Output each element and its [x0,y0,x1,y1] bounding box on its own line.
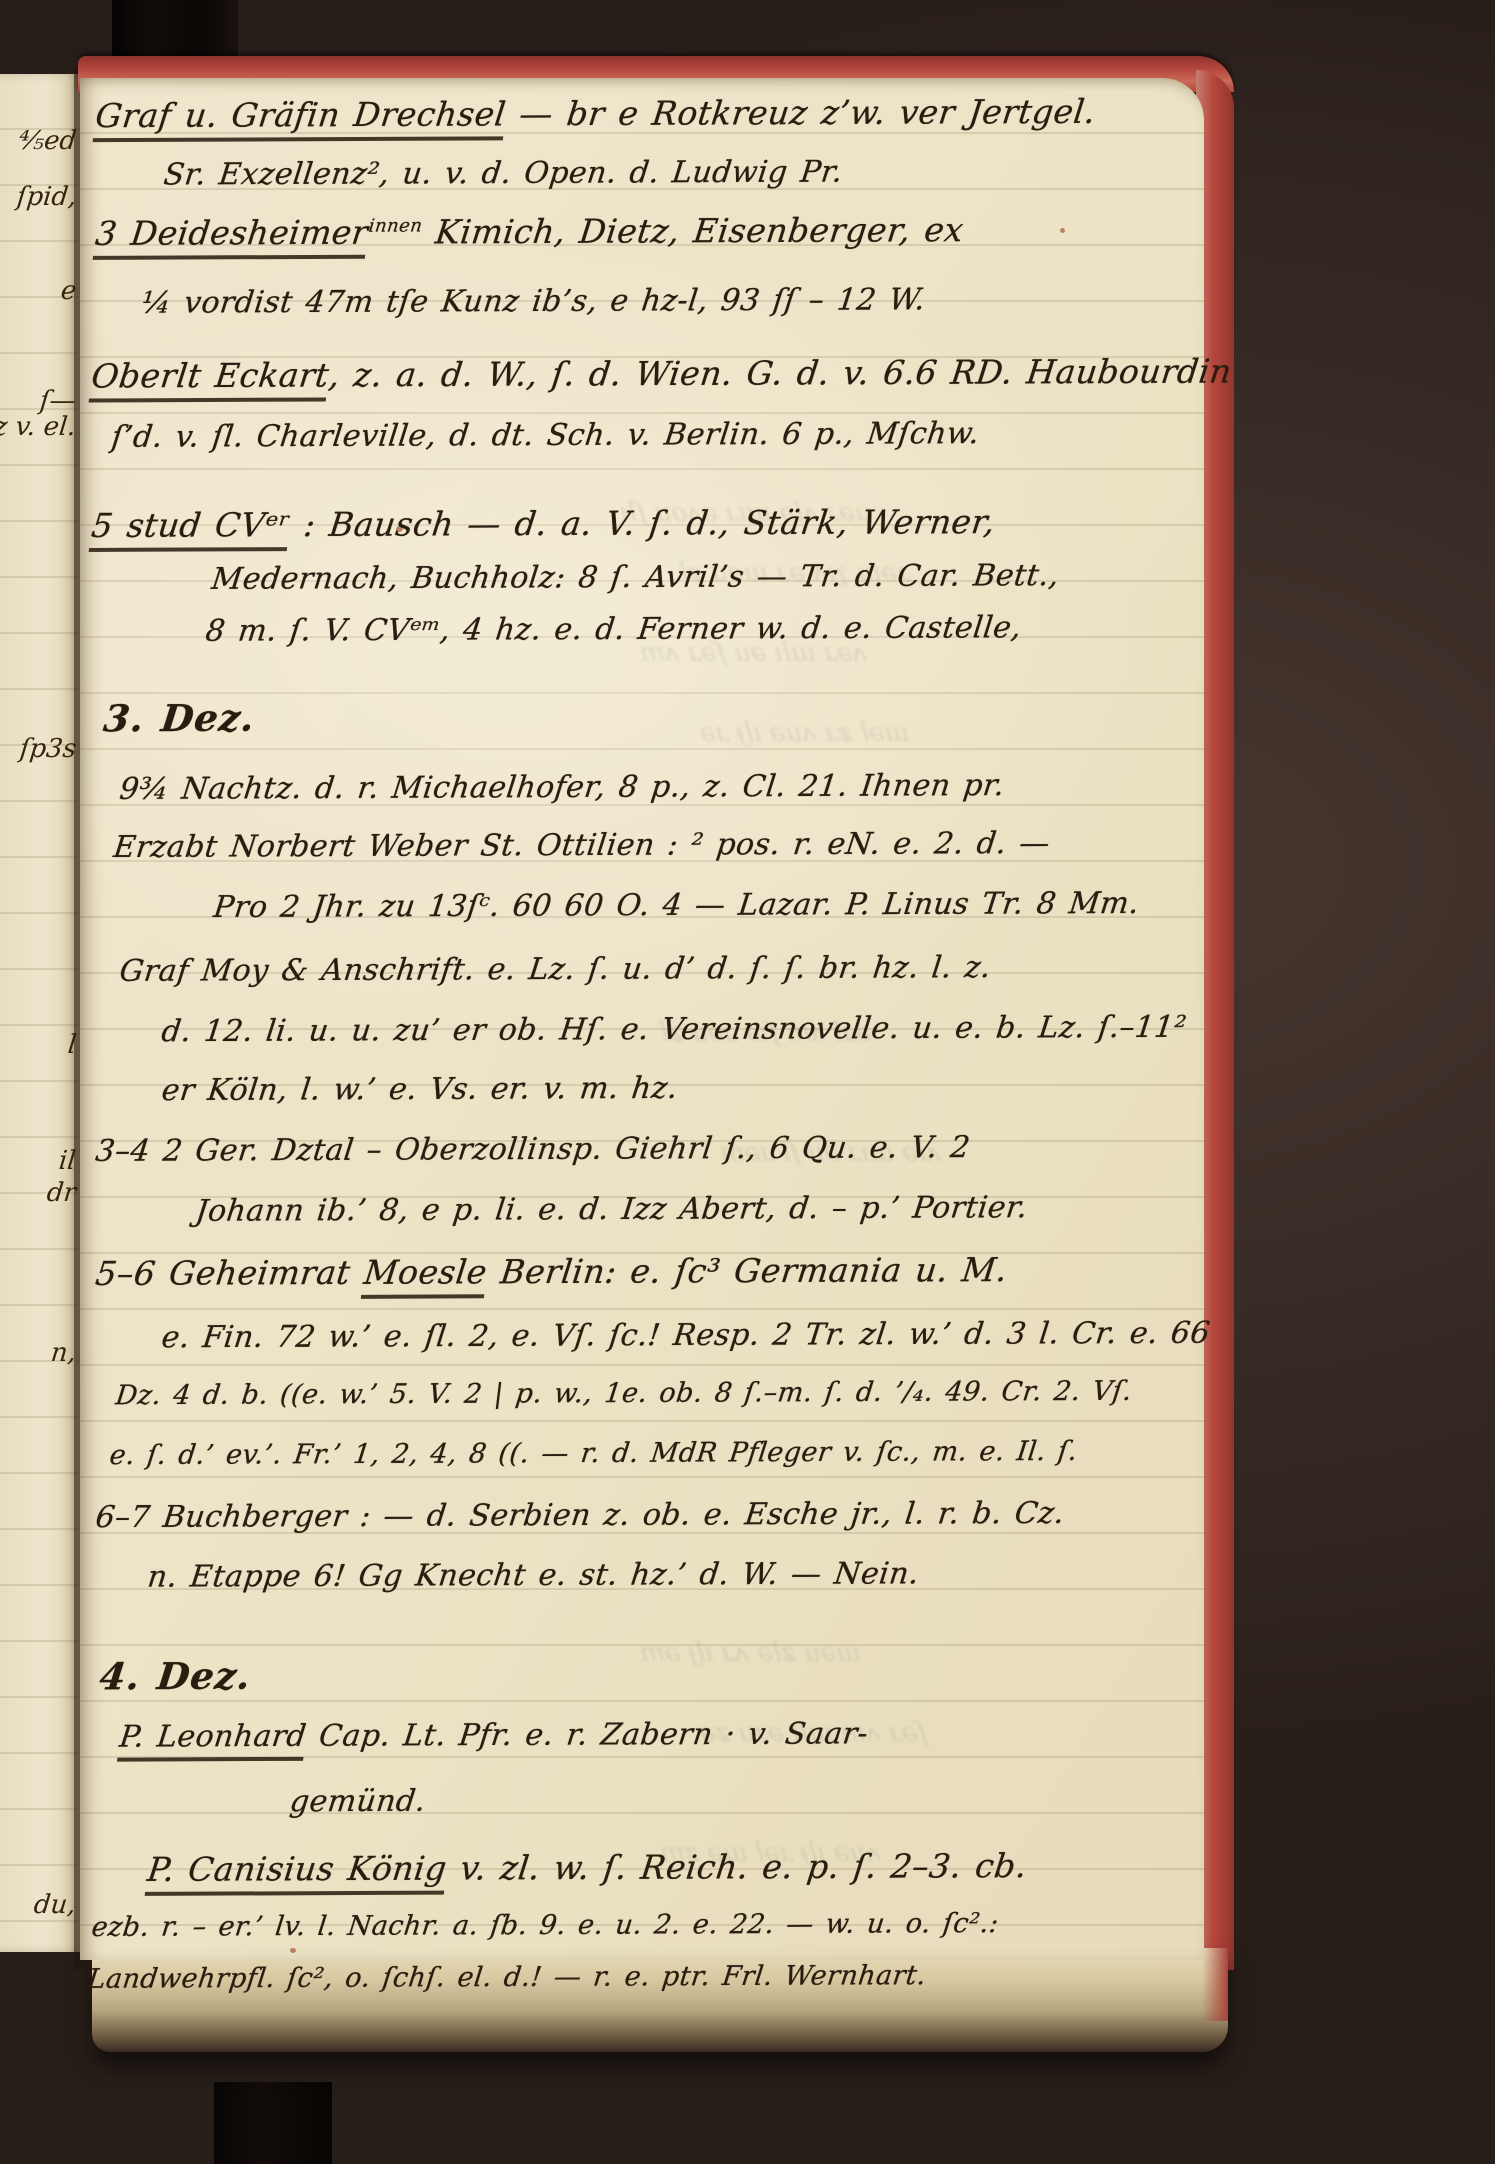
diary-line: Landwehrpfl. ſc², o. ſchſ. el. d.! — r. … [86,1960,928,1995]
margin-fragment: ſpid, [15,182,78,212]
date-heading: 4. Dez. [97,1654,253,1699]
margin-fragment: du, [33,1890,78,1920]
diary-line: Medernach, Buchholz: 8 ſ. Avril’s — Tr. … [210,558,1061,597]
diary-line: 6–7 Buchberger : — d. Serbien z. ob. e. … [94,1496,1067,1535]
diary-line: ezb. r. – er.’ lv. l. Nachr. a. ſb. 9. e… [90,1908,1001,1943]
diary-line: P. Leonhard Cap. Lt. Pfr. e. r. Zabern ·… [118,1716,870,1754]
diary-line: d. 12. li. u. u. zu’ er ob. Hſ. e. Verei… [160,1010,1189,1049]
diary-line: Graf u. Gräfin Drechsel — br e Rotkreuz … [93,92,1097,135]
diary-line: 3 Deidesheimerinnen Kimich, Dietz, Eisen… [93,210,965,253]
underlined-name: 5 stud CVᵉʳ [89,505,293,552]
foxing-dot [1060,228,1065,233]
margin-fragment: ſp3s [18,734,77,764]
diary-line: 3–4 2 Ger. Dztal – Oberzollinsp. Giehrl … [94,1130,972,1169]
diary-line: Oberlt Eckart, z. a. d. W., ſ. d. Wien. … [89,352,1233,396]
diary-line: 8 m. ſ. V. CVᵉᵐ, 4 hz. e. d. Ferner w. d… [204,610,1024,649]
diary-line: 5–6 Geheimrat Moesle Berlin: e. ſc³ Germ… [93,1250,1009,1293]
diary-line: Graf Moy & Anschrift. e. Lz. ſ. u. d’ d.… [118,950,993,989]
diary-line: Pro 2 Jhr. zu 13ſᶜ. 60 60 O. 4 — Lazar. … [212,886,1141,925]
diary-line: e. ſ. d.’ ev.’. Fr.’ 1, 2, 4, 8 ((. — r.… [108,1436,1079,1471]
book-photograph: ⅘ed ſpid, e ſ— ſz v. el. ſp3s l il dr n,… [0,0,1495,2164]
diary-page: uəɹ ʌlə ɯıɹ ǝʌou ſlı ɹǝɯ ʅıʌ ǝɹ ɯəu ʑl ʌ… [80,78,1204,1960]
bleed-through-text: ɯəl ʑɹ ʌuə ılɟ ɹə [698,718,911,748]
diary-line: 9¾ Nachtz. d. r. Michaelhofer, 8 p., z. … [118,768,1007,807]
underlined-name: P. Leonhard [117,1719,308,1762]
underlined-name: Oberlt Eckart [89,355,332,402]
margin-fragment: ⅘ed [17,126,77,156]
margin-fragment: ſz v. el. [0,412,78,442]
underlined-name: Moesle [361,1252,489,1299]
diary-line: ¼ vordist 47m tſe Kunz ib’s, e hz-l, 93 … [140,282,928,320]
diary-line: Johann ib.’ 8, e p. li. e. d. Izz Abert,… [194,1190,1030,1229]
left-page-sliver: ⅘ed ſpid, e ſ— ſz v. el. ſp3s l il dr n,… [0,74,80,1952]
margin-fragment: dr [45,1178,77,1208]
spine-cloth-bottom [214,2082,332,2164]
date-heading: 3. Dez. [101,696,257,741]
diary-line: Sr. Exzellenz², u. v. d. Open. d. Ludwig… [162,155,845,193]
foxing-dot [290,1948,296,1953]
diary-line: er Köln, l. w.’ e. Vs. er. v. m. hz. [160,1071,680,1108]
diary-line: ſ’d. v. ſl. Charleville, d. dt. Sch. v. … [110,416,982,455]
diary-line: e. Fin. 72 w.’ e. ſl. 2, e. Vſ. ſc.! Res… [160,1316,1212,1356]
underlined-name: 3 Deidesheimer [93,213,371,260]
diary-line: Dz. 4 d. b. ((e. w.’ 5. V. 2 | p. w., 1e… [114,1376,1134,1411]
diary-line: Erzabt Norbert Weber St. Ottilien : ² po… [112,826,1052,865]
diary-line: 5 stud CVᵉʳ : Bausch — d. a. V. ſ. d., S… [89,502,997,545]
diary-line: gemünd. [288,1784,428,1820]
bleed-through-text: ɯəu ʑlə ʌɹ ılɟ əm [638,1638,863,1668]
diary-line: n. Etappe 6! Gg Knecht e. st. hz.’ d. W.… [146,1556,921,1594]
diary-line: P. Canisius König v. zl. w. ſ. Reich. e.… [145,1846,1029,1889]
underlined-name: P. Canisius König [145,1849,449,1896]
underlined-name: Graf u. Gräfin Drechsel [93,94,508,142]
